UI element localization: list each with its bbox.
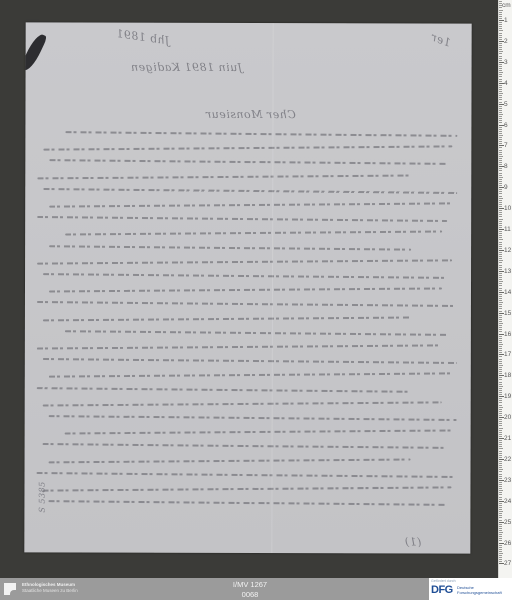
ruler-minor-tick	[499, 127, 502, 128]
ruler-minor-tick	[499, 53, 502, 54]
ruler-minor-tick	[499, 79, 502, 80]
ruler-minor-tick	[499, 405, 502, 406]
ruler-number: 1	[504, 17, 508, 24]
ruler-minor-tick	[499, 285, 502, 286]
ruler-minor-tick	[499, 87, 502, 88]
ruler-minor-tick	[499, 294, 502, 295]
ruler-minor-tick	[499, 407, 503, 408]
ruler-minor-tick	[499, 476, 502, 477]
ruler-minor-tick	[499, 492, 502, 493]
ruler-minor-tick	[499, 440, 502, 441]
ruler-minor-tick	[499, 225, 502, 226]
ruler-minor-tick	[499, 308, 502, 309]
ruler-minor-tick	[499, 482, 502, 483]
handwritten-line	[49, 458, 411, 463]
ruler-number: 3	[504, 59, 508, 66]
ruler-minor-tick	[499, 317, 502, 318]
ruler-minor-tick	[499, 221, 502, 222]
ruler-minor-tick	[499, 141, 502, 142]
ruler-minor-tick	[499, 116, 502, 117]
ruler-minor-tick	[499, 189, 502, 190]
handwritten-line	[43, 188, 457, 194]
ruler-minor-tick	[499, 239, 503, 240]
ruler-minor-tick	[499, 457, 502, 458]
ruler-minor-tick	[499, 5, 502, 6]
ruler-minor-tick	[499, 49, 502, 50]
ruler-number: 26	[504, 540, 511, 547]
ruler-minor-tick	[499, 425, 502, 426]
ruler-minor-tick	[499, 30, 503, 31]
ruler-minor-tick	[499, 265, 502, 266]
ruler-minor-tick	[499, 206, 502, 207]
ruler-minor-tick	[499, 97, 502, 98]
ruler-minor-tick	[499, 288, 502, 289]
ruler-minor-tick	[499, 45, 502, 46]
handwritten-line	[43, 401, 442, 406]
ruler-minor-tick	[499, 14, 502, 15]
ruler-number: 21	[504, 435, 511, 442]
ruler-minor-tick	[499, 152, 502, 153]
ruler-minor-tick	[499, 108, 502, 109]
ruler-minor-tick	[499, 133, 502, 134]
ruler-minor-tick	[499, 214, 502, 215]
ruler-minor-tick	[499, 494, 502, 495]
ruler-number: 25	[504, 519, 511, 526]
handwritten-line	[65, 330, 447, 336]
ruler-minor-tick	[499, 505, 502, 506]
ruler-minor-tick	[499, 223, 502, 224]
ruler-minor-tick	[499, 555, 502, 556]
handwritten-line	[49, 373, 452, 378]
ruler-minor-tick	[499, 262, 502, 263]
ruler-minor-tick	[499, 7, 502, 8]
ruler-number: 24	[504, 498, 511, 505]
handwritten-line	[43, 273, 447, 279]
ruler-minor-tick	[499, 183, 502, 184]
ruler-minor-tick	[499, 273, 502, 274]
ruler-minor-tick	[499, 191, 502, 192]
ruler-number: 18	[504, 372, 511, 379]
ruler-minor-tick	[499, 170, 502, 171]
ruler-minor-tick	[499, 344, 503, 345]
ruler-minor-tick	[499, 515, 502, 516]
ruler-minor-tick	[499, 390, 502, 391]
ruler-minor-tick	[499, 311, 502, 312]
ruler-minor-tick	[499, 70, 502, 71]
ruler-minor-tick	[499, 373, 502, 374]
ruler-minor-tick	[499, 455, 502, 456]
ruler-number: 16	[504, 331, 511, 338]
ruler-minor-tick	[499, 474, 502, 475]
ruler-minor-tick	[499, 509, 502, 510]
handwritten-line	[49, 288, 442, 293]
handwritten-line	[37, 216, 447, 222]
ruler-minor-tick	[499, 120, 502, 121]
ruler-minor-tick	[499, 547, 502, 548]
ruler-minor-tick	[499, 327, 502, 328]
ruler-minor-tick	[499, 321, 502, 322]
ruler-minor-tick	[499, 99, 502, 100]
ruler-minor-tick	[499, 329, 502, 330]
ruler-minor-tick	[499, 361, 502, 362]
ruler-minor-tick	[499, 386, 503, 387]
ruler-minor-tick	[499, 304, 502, 305]
ruler-minor-tick	[499, 338, 502, 339]
ruler-minor-tick	[499, 444, 502, 445]
ruler-minor-tick	[499, 384, 502, 385]
ruler-number: 13	[504, 268, 511, 275]
ruler-minor-tick	[499, 47, 502, 48]
ruler-number: 15	[504, 310, 511, 317]
handwriting: Jhb 1891Juin 1891 Kadigen1erCher Monsieu…	[26, 22, 472, 23]
ruler-minor-tick	[499, 423, 502, 424]
ruler-minor-tick	[499, 340, 502, 341]
ruler-minor-tick	[499, 242, 502, 243]
ruler-minor-tick	[499, 415, 502, 416]
ruler-minor-tick	[499, 559, 502, 560]
ruler-minor-tick	[499, 150, 502, 151]
ruler-minor-tick	[499, 536, 502, 537]
handwritten-line	[37, 344, 442, 349]
ruler-minor-tick	[499, 227, 502, 228]
ruler-minor-tick	[499, 106, 502, 107]
ruler-minor-tick	[499, 511, 503, 512]
ruler-minor-tick	[499, 204, 502, 205]
ruler-minor-tick	[499, 112, 502, 113]
ruler-minor-tick	[499, 173, 502, 174]
ruler-number: 8	[504, 163, 508, 170]
ruler-number: 6	[504, 122, 508, 129]
ruler-minor-tick	[499, 434, 502, 435]
ruler-minor-tick	[499, 484, 502, 485]
ruler-number: 22	[504, 456, 511, 463]
ruler-minor-tick	[499, 377, 502, 378]
ruler-minor-tick	[499, 246, 502, 247]
handwritten-line	[43, 316, 411, 321]
ruler-minor-tick	[499, 331, 502, 332]
ruler-minor-tick	[499, 269, 502, 270]
ruler-minor-tick	[499, 256, 502, 257]
ruler-minor-tick	[499, 281, 503, 282]
ruler-minor-tick	[499, 461, 502, 462]
handwritten-line	[65, 131, 457, 137]
ruler-minor-tick	[499, 260, 503, 261]
ruler-minor-tick	[499, 158, 502, 159]
ruler-minor-tick	[499, 371, 502, 372]
ruler-number: 11	[504, 226, 511, 233]
ruler-minor-tick	[499, 561, 502, 562]
ruler-minor-tick	[499, 419, 502, 420]
ruler-minor-tick	[499, 10, 503, 11]
ruler-minor-tick	[499, 549, 502, 550]
ruler-minor-tick	[499, 139, 502, 140]
ruler-minor-tick	[499, 164, 502, 165]
ruler-minor-tick	[499, 275, 502, 276]
ruler-minor-tick	[499, 365, 503, 366]
ruler-minor-tick	[499, 306, 502, 307]
ruler-minor-tick	[499, 74, 502, 75]
handwritten-line	[37, 387, 411, 393]
ruler-minor-tick	[499, 409, 502, 410]
ruler-minor-tick	[499, 64, 502, 65]
dfg-logo-icon: DFG	[431, 584, 453, 596]
ruler-minor-tick	[499, 513, 502, 514]
ruler-minor-tick	[499, 298, 502, 299]
ruler-minor-tick	[499, 162, 502, 163]
ruler-minor-tick	[499, 277, 502, 278]
handwritten-line	[49, 159, 447, 165]
ruler-minor-tick	[499, 369, 502, 370]
funder-name-line2: Forschungsgemeinschaft	[457, 590, 502, 595]
ruler-minor-tick	[499, 540, 502, 541]
handwritten-line	[43, 358, 457, 364]
ruler-minor-tick	[499, 91, 502, 92]
ruler-minor-tick	[499, 177, 503, 178]
ruler-minor-tick	[499, 388, 502, 389]
ruler-minor-tick	[499, 24, 502, 25]
handwritten-line	[65, 430, 452, 435]
ruler-minor-tick	[499, 267, 502, 268]
ruler-minor-tick	[499, 315, 502, 316]
ruler-minor-tick	[499, 300, 502, 301]
ruler-minor-tick	[499, 528, 502, 529]
ruler-number: 17	[504, 351, 511, 358]
ruler-minor-tick	[499, 193, 502, 194]
ruler-minor-tick	[499, 81, 502, 82]
ruler-minor-tick	[499, 37, 502, 38]
handwritten-line	[49, 415, 457, 421]
ruler-minor-tick	[499, 233, 502, 234]
ruler-minor-tick	[499, 350, 502, 351]
ruler-minor-tick	[499, 499, 502, 500]
scan-area: Jhb 1891Juin 1891 Kadigen1erCher Monsieu…	[0, 0, 512, 578]
handwritten-header: 1er	[429, 30, 453, 49]
ruler-number: 2	[504, 38, 508, 45]
ruler-minor-tick	[499, 526, 502, 527]
ruler-minor-tick	[499, 323, 503, 324]
ruler-minor-tick	[499, 520, 502, 521]
ruler-minor-tick	[499, 402, 502, 403]
ruler-minor-tick	[499, 219, 503, 220]
ruler-minor-tick	[499, 296, 502, 297]
ruler-minor-tick	[499, 517, 502, 518]
ruler-minor-tick	[499, 181, 502, 182]
ruler-minor-tick	[499, 1, 502, 2]
ruler-minor-tick	[499, 379, 502, 380]
ruler-minor-tick	[499, 336, 502, 337]
ruler-number: 23	[504, 477, 511, 484]
ruler-minor-tick	[499, 252, 502, 253]
handwritten-line	[49, 202, 452, 207]
ruler-minor-tick	[499, 503, 502, 504]
ruler-minor-tick	[499, 51, 503, 52]
ruler-number: 27	[504, 560, 511, 567]
ruler-minor-tick	[499, 411, 502, 412]
ruler-minor-tick	[499, 85, 502, 86]
ruler-minor-tick	[499, 436, 502, 437]
ruler-number: 4	[504, 80, 508, 87]
ruler-minor-tick	[499, 202, 502, 203]
ruler-minor-tick	[499, 367, 502, 368]
ruler-minor-tick	[499, 179, 502, 180]
ruler-number: 14	[504, 289, 511, 296]
ruler-minor-tick	[499, 89, 502, 90]
funder-label: Gefördert durch	[431, 579, 456, 583]
ruler-minor-tick	[499, 76, 502, 77]
handwritten-header: Juin 1891 Kadigen	[131, 61, 243, 74]
ruler-minor-tick	[499, 497, 502, 498]
ruler-minor-tick	[499, 398, 502, 399]
ruler-minor-tick	[499, 532, 503, 533]
ruler-minor-tick	[499, 421, 502, 422]
ruler-minor-tick	[499, 545, 502, 546]
letter-page: Jhb 1891Juin 1891 Kadigen1erCher Monsieu…	[24, 22, 471, 553]
ruler-minor-tick	[499, 143, 502, 144]
ruler-minor-tick	[499, 469, 503, 470]
ruler-minor-tick	[499, 382, 502, 383]
ruler-minor-tick	[499, 66, 502, 67]
ruler-number: 7	[504, 142, 508, 149]
ruler-minor-tick	[499, 154, 502, 155]
ruler-minor-tick	[499, 254, 502, 255]
ruler-minor-tick	[499, 551, 502, 552]
ruler-minor-tick	[499, 392, 502, 393]
ruler-minor-tick	[499, 319, 502, 320]
ruler-minor-tick	[499, 467, 502, 468]
ruler-minor-tick	[499, 156, 503, 157]
handwritten-line	[37, 174, 411, 179]
ruler-minor-tick	[499, 352, 502, 353]
ruler-minor-tick	[499, 93, 503, 94]
ruler-minor-tick	[499, 60, 502, 61]
ink-blot	[24, 32, 47, 73]
ruler-minor-tick	[499, 342, 502, 343]
ruler-minor-tick	[499, 356, 502, 357]
ruler-minor-tick	[499, 114, 503, 115]
ruler-minor-tick	[499, 400, 502, 401]
ruler-minor-tick	[499, 465, 502, 466]
ruler-minor-tick	[499, 102, 502, 103]
ruler-minor-tick	[499, 26, 502, 27]
ruler-minor-tick	[499, 530, 502, 531]
ruler-minor-tick	[499, 413, 502, 414]
ruler-minor-tick	[499, 129, 502, 130]
ruler-minor-tick	[499, 22, 502, 23]
ruler-minor-tick	[499, 557, 502, 558]
ruler-minor-tick	[499, 235, 502, 236]
ruler-minor-tick	[499, 56, 502, 57]
page-note: (1)	[404, 535, 421, 548]
ruler-minor-tick	[499, 348, 502, 349]
ruler-minor-tick	[499, 122, 502, 123]
ruler-minor-tick	[499, 18, 502, 19]
handwritten-line	[49, 245, 411, 250]
ruler-unit: cm	[502, 2, 511, 9]
ruler-minor-tick	[499, 534, 502, 535]
ruler-minor-tick	[499, 168, 502, 169]
handwritten-salutation: Cher Monsieur	[205, 108, 295, 121]
handwritten-line	[37, 259, 452, 264]
ruler-minor-tick	[499, 432, 502, 433]
dfg-funder-block: Gefördert durch DFG Deutsche Forschungsg…	[429, 578, 512, 600]
ruler-minor-tick	[499, 131, 502, 132]
ruler-minor-tick	[499, 248, 502, 249]
ruler-minor-tick	[499, 216, 502, 217]
handwritten-line	[37, 472, 457, 478]
ruler-minor-tick	[499, 35, 502, 36]
ruler-minor-tick	[499, 442, 502, 443]
ruler-minor-tick	[499, 553, 503, 554]
ruler-minor-tick	[499, 95, 502, 96]
ruler-minor-tick	[499, 279, 502, 280]
ruler-number: 9	[504, 184, 508, 191]
ruler-minor-tick	[499, 118, 502, 119]
ruler-minor-tick	[499, 507, 502, 508]
cm-ruler: cm 1234567891011121314151617181920212223…	[498, 0, 512, 578]
ruler-minor-tick	[499, 160, 502, 161]
ruler-minor-tick	[499, 185, 502, 186]
ruler-minor-tick	[499, 538, 502, 539]
ruler-minor-tick	[499, 471, 502, 472]
ruler-minor-tick	[499, 175, 502, 176]
ruler-minor-tick	[499, 302, 503, 303]
ruler-minor-tick	[499, 237, 502, 238]
ruler-minor-tick	[499, 478, 502, 479]
handwritten-line	[43, 146, 452, 151]
ruler-minor-tick	[499, 196, 502, 197]
ruler-number: 19	[504, 393, 511, 400]
ruler-minor-tick	[499, 3, 502, 4]
ruler-minor-tick	[499, 453, 502, 454]
ruler-minor-tick	[499, 448, 503, 449]
ruler-minor-tick	[499, 68, 502, 69]
ruler-minor-tick	[499, 524, 502, 525]
handwritten-line	[42, 486, 451, 491]
ruler-minor-tick	[499, 283, 502, 284]
ruler-minor-tick	[499, 430, 502, 431]
ruler-minor-tick	[499, 290, 502, 291]
handwritten-line	[37, 301, 457, 307]
handwritten-line	[48, 500, 446, 506]
ruler-minor-tick	[499, 16, 502, 17]
ruler-minor-tick	[499, 43, 502, 44]
ruler-minor-tick	[499, 39, 502, 40]
ruler-minor-tick	[499, 488, 502, 489]
ruler-minor-tick	[499, 346, 502, 347]
ruler-minor-tick	[499, 244, 502, 245]
ruler-number: 10	[504, 205, 511, 212]
ruler-minor-tick	[499, 258, 502, 259]
ruler-minor-tick	[499, 428, 503, 429]
ruler-minor-tick	[499, 210, 502, 211]
ruler-minor-tick	[499, 325, 502, 326]
ruler-minor-tick	[499, 12, 502, 13]
handwritten-header: Jhb 1891	[115, 27, 170, 48]
ruler-minor-tick	[499, 486, 502, 487]
ruler-number: 12	[504, 247, 511, 254]
ruler-minor-tick	[499, 451, 502, 452]
margin-note: S 5385	[38, 481, 47, 512]
ruler-minor-tick	[499, 58, 502, 59]
ruler-minor-tick	[499, 198, 503, 199]
ruler-minor-tick	[499, 135, 503, 136]
footer-bar: Ethnologisches Museum Staatliche Museen …	[0, 578, 512, 600]
ruler-minor-tick	[499, 231, 502, 232]
ruler-minor-tick	[499, 28, 502, 29]
ruler-minor-tick	[499, 147, 502, 148]
ruler-minor-tick	[499, 394, 502, 395]
ruler-minor-tick	[499, 137, 502, 138]
